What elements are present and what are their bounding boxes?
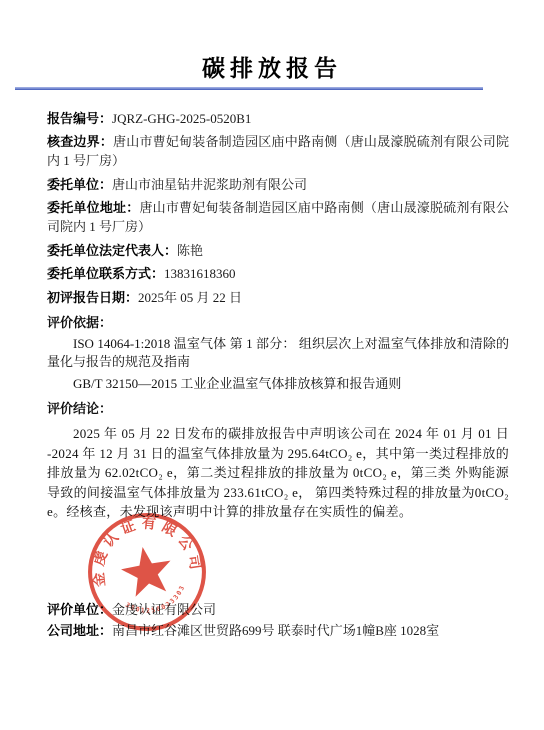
field-label: 委托单位法定代表人： xyxy=(47,243,177,258)
field-label: 核查边界： xyxy=(47,134,113,149)
field-value: 陈艳 xyxy=(177,243,203,258)
field-label: 委托单位联系方式： xyxy=(47,266,164,281)
field-label: 报告编号： xyxy=(47,111,112,126)
field-label: 委托单位地址： xyxy=(47,200,139,215)
field-client-unit: 委托单位：唐山市油星钻井泥浆助剂有限公司 xyxy=(47,175,509,194)
field-company-address: 公司地址：南昌市红谷滩区世贸路699号 联泰时代广场1幢B座 1028室 xyxy=(47,621,509,640)
basis-item-iso: ISO 14064-1:2018 温室气体 第 1 部分： 组织层次上对温室气体… xyxy=(47,335,509,372)
evaluation-basis-label: 评价依据： xyxy=(47,313,509,332)
footer-block: 评价单位：金虔认证有限公司 公司地址：南昌市红谷滩区世贸路699号 联泰时代广场… xyxy=(47,600,509,641)
field-label: 评价单位： xyxy=(47,602,112,617)
field-client-address: 委托单位地址：唐山市曹妃甸装备制造园区庙中路南侧（唐山晟濠脱硫剂有限公司院内 1… xyxy=(47,198,509,236)
field-value: 唐山市曹妃甸装备制造园区庙中路南侧（唐山晟濠脱硫剂有限公司院内 1 号厂房） xyxy=(47,134,509,168)
field-value: 13831618360 xyxy=(164,266,236,281)
field-report-number: 报告编号：JQRZ-GHG-2025-0520B1 xyxy=(47,109,509,128)
field-value: 唐山市油星钻井泥浆助剂有限公司 xyxy=(112,177,307,192)
field-label: 公司地址： xyxy=(47,623,112,638)
report-page: 碳排放报告 报告编号：JQRZ-GHG-2025-0520B1 核查边界：唐山市… xyxy=(0,0,544,730)
field-evaluation-unit: 评价单位：金虔认证有限公司 xyxy=(47,600,509,619)
basis-item-gbt: GB/T 32150—2015 工业企业温室气体排放核算和报告通则 xyxy=(47,375,509,394)
field-initial-report-date: 初评报告日期：2025年 05 月 22 日 xyxy=(47,288,509,307)
field-contact-phone: 委托单位联系方式：13831618360 xyxy=(47,264,509,283)
title-divider-line xyxy=(15,87,483,90)
field-verification-boundary: 核查边界：唐山市曹妃甸装备制造园区庙中路南侧（唐山晟濠脱硫剂有限公司院内 1 号… xyxy=(47,132,509,170)
field-value: JQRZ-GHG-2025-0520B1 xyxy=(112,111,251,126)
field-value: 2025年 05 月 22 日 xyxy=(138,290,242,305)
field-value: 金虔认证有限公司 xyxy=(112,602,216,617)
field-label: 初评报告日期： xyxy=(47,290,138,305)
field-legal-representative: 委托单位法定代表人：陈艳 xyxy=(47,241,509,260)
page-title: 碳排放报告 xyxy=(0,0,544,83)
report-body: 报告编号：JQRZ-GHG-2025-0520B1 核查边界：唐山市曹妃甸装备制… xyxy=(47,104,509,643)
field-value: 南昌市红谷滩区世贸路699号 联泰时代广场1幢B座 1028室 xyxy=(112,623,439,638)
evaluation-conclusion-text: 2025 年 05 月 22 日发布的碳排放报告中声明该公司在 2024 年 0… xyxy=(47,424,509,522)
evaluation-conclusion-label: 评价结论： xyxy=(47,399,509,418)
field-label: 委托单位： xyxy=(47,177,112,192)
